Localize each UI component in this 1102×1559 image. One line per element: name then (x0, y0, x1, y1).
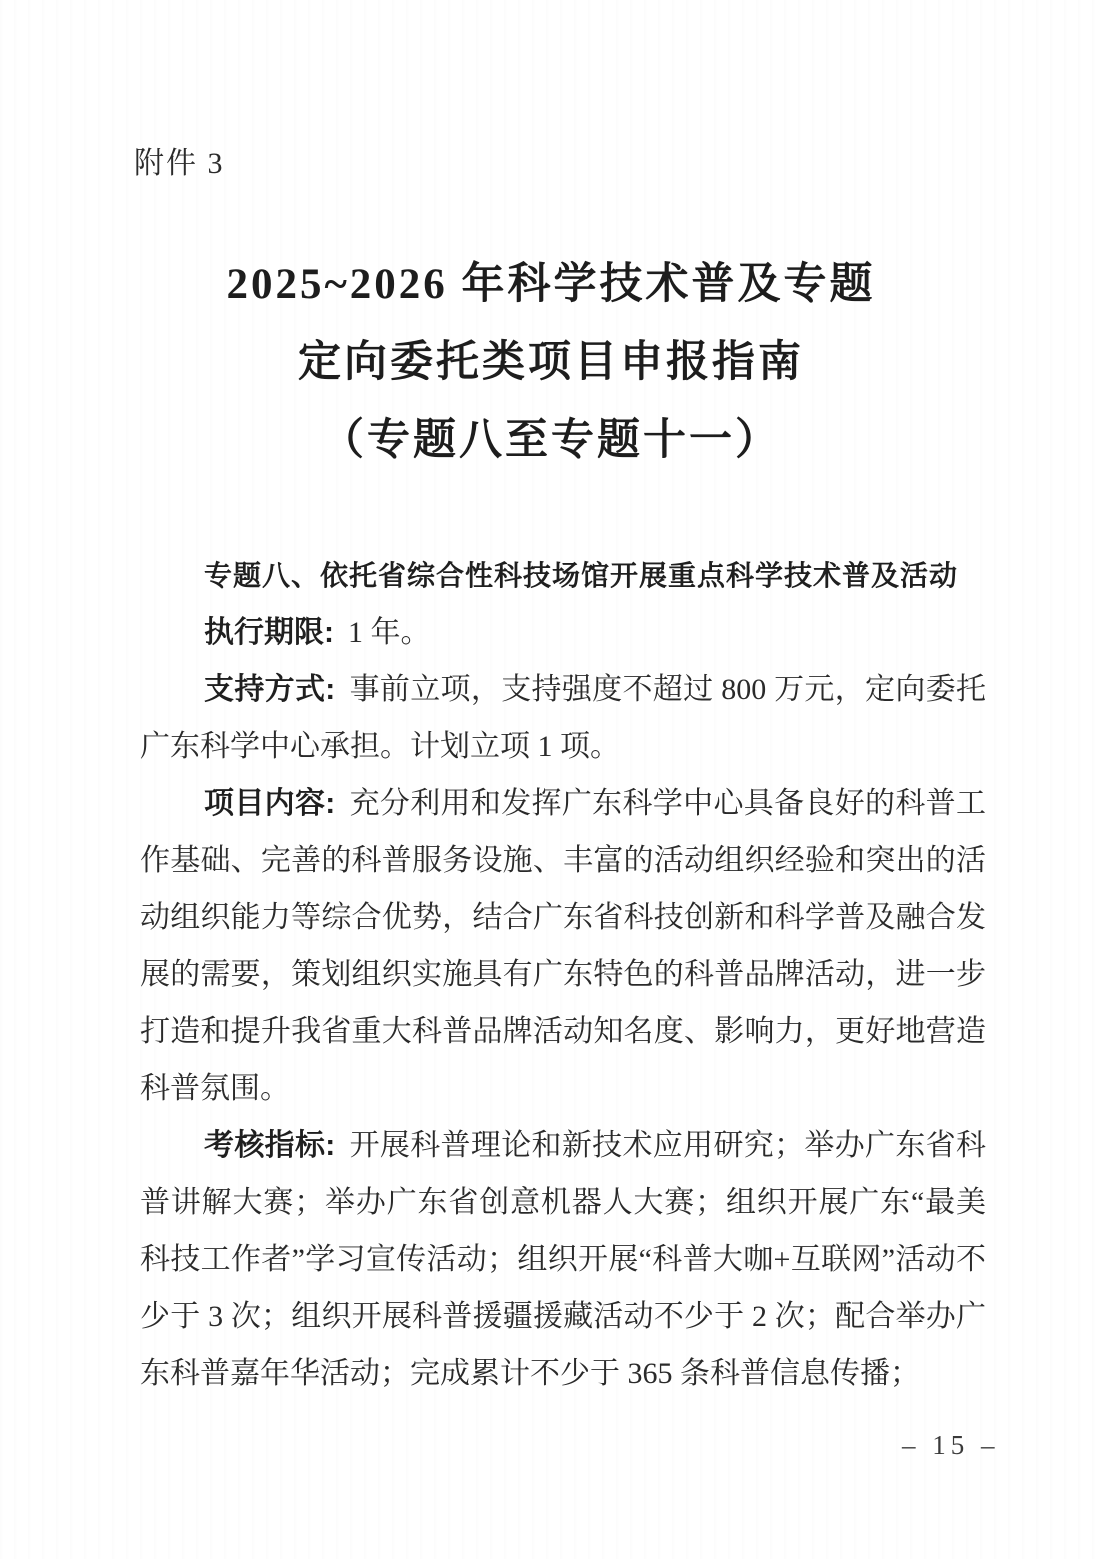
paragraph-label-assessment-indicators: 考核指标: (204, 1129, 335, 1162)
paragraph-label-support-method: 支持方式: (204, 673, 335, 706)
paragraph-text-assessment-indicators: 开展科普理论和新技术应用研究；举办广东省科普讲解大赛；举办广东省创意机器人大赛；… (140, 1129, 986, 1390)
section-heading-topic-8: 专题八、依托省综合性科技场馆开展重点科学技术普及活动 (140, 547, 986, 604)
paragraph-assessment-indicators: 考核指标:开展科普理论和新技术应用研究；举办广东省科普讲解大赛；举办广东省创意机… (140, 1117, 986, 1402)
paragraph-support-method: 支持方式:事前立项，支持强度不超过 800 万元，定向委托广东科学中心承担。计划… (140, 661, 986, 775)
paragraph-project-content: 项目内容:充分利用和发挥广东科学中心具备良好的科普工作基础、完善的科普服务设施、… (140, 775, 986, 1117)
paragraph-label-execution-period: 执行期限: (204, 616, 334, 649)
document-page: 附件 3 2025~2026 年科学技术普及专题 定向委托类项目申报指南 （专题… (0, 0, 1102, 1559)
paragraph-execution-period: 执行期限:1 年。 (140, 604, 986, 661)
attachment-label: 附件 3 (134, 138, 225, 182)
paragraph-text-project-content: 充分利用和发挥广东科学中心具备良好的科普工作基础、完善的科普服务设施、丰富的活动… (140, 787, 986, 1105)
title-line-3: （专题八至专题十一） (0, 402, 1102, 480)
paragraph-text-execution-period: 1 年。 (348, 616, 431, 649)
title-line-2: 定向委托类项目申报指南 (0, 324, 1102, 402)
document-title: 2025~2026 年科学技术普及专题 定向委托类项目申报指南 （专题八至专题十… (0, 246, 1102, 480)
document-body: 专题八、依托省综合性科技场馆开展重点科学技术普及活动 执行期限:1 年。 支持方… (140, 547, 986, 1402)
page-number: – 15 – (902, 1430, 1000, 1461)
title-line-1: 2025~2026 年科学技术普及专题 (0, 246, 1102, 324)
paragraph-label-project-content: 项目内容: (204, 787, 335, 820)
